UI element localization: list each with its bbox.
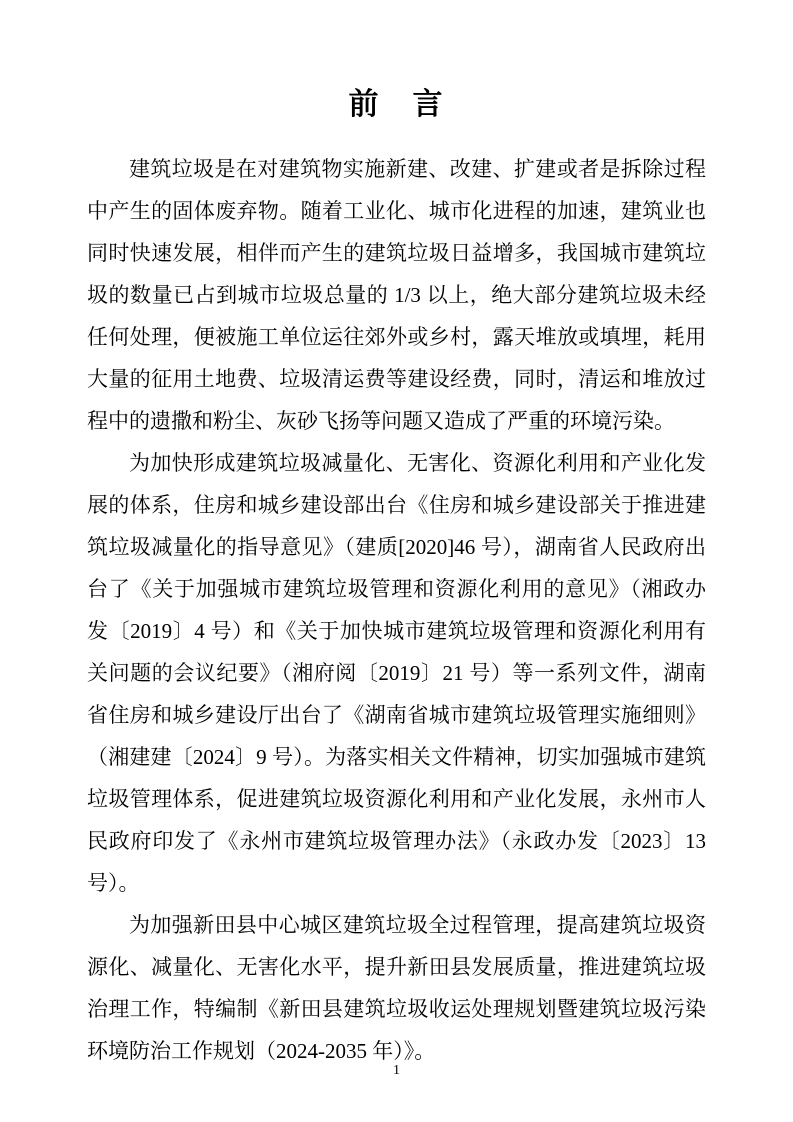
document-body: 建筑垃圾是在对建筑物实施新建、改建、扩建或者是拆除过程中产生的固体废弃物。随着工…	[87, 148, 706, 1072]
document-page: 前 言 建筑垃圾是在对建筑物实施新建、改建、扩建或者是拆除过程中产生的固体废弃物…	[0, 0, 793, 1122]
paragraph-3: 为加强新田县中心城区建筑垃圾全过程管理，提高建筑垃圾资源化、减量化、无害化水平，…	[87, 904, 706, 1072]
page-number: 1	[0, 1062, 793, 1080]
paragraph-2: 为加快形成建筑垃圾减量化、无害化、资源化利用和产业化发展的体系，住房和城乡建设部…	[87, 442, 706, 904]
paragraph-1: 建筑垃圾是在对建筑物实施新建、改建、扩建或者是拆除过程中产生的固体废弃物。随着工…	[87, 148, 706, 442]
page-title: 前 言	[0, 0, 793, 122]
